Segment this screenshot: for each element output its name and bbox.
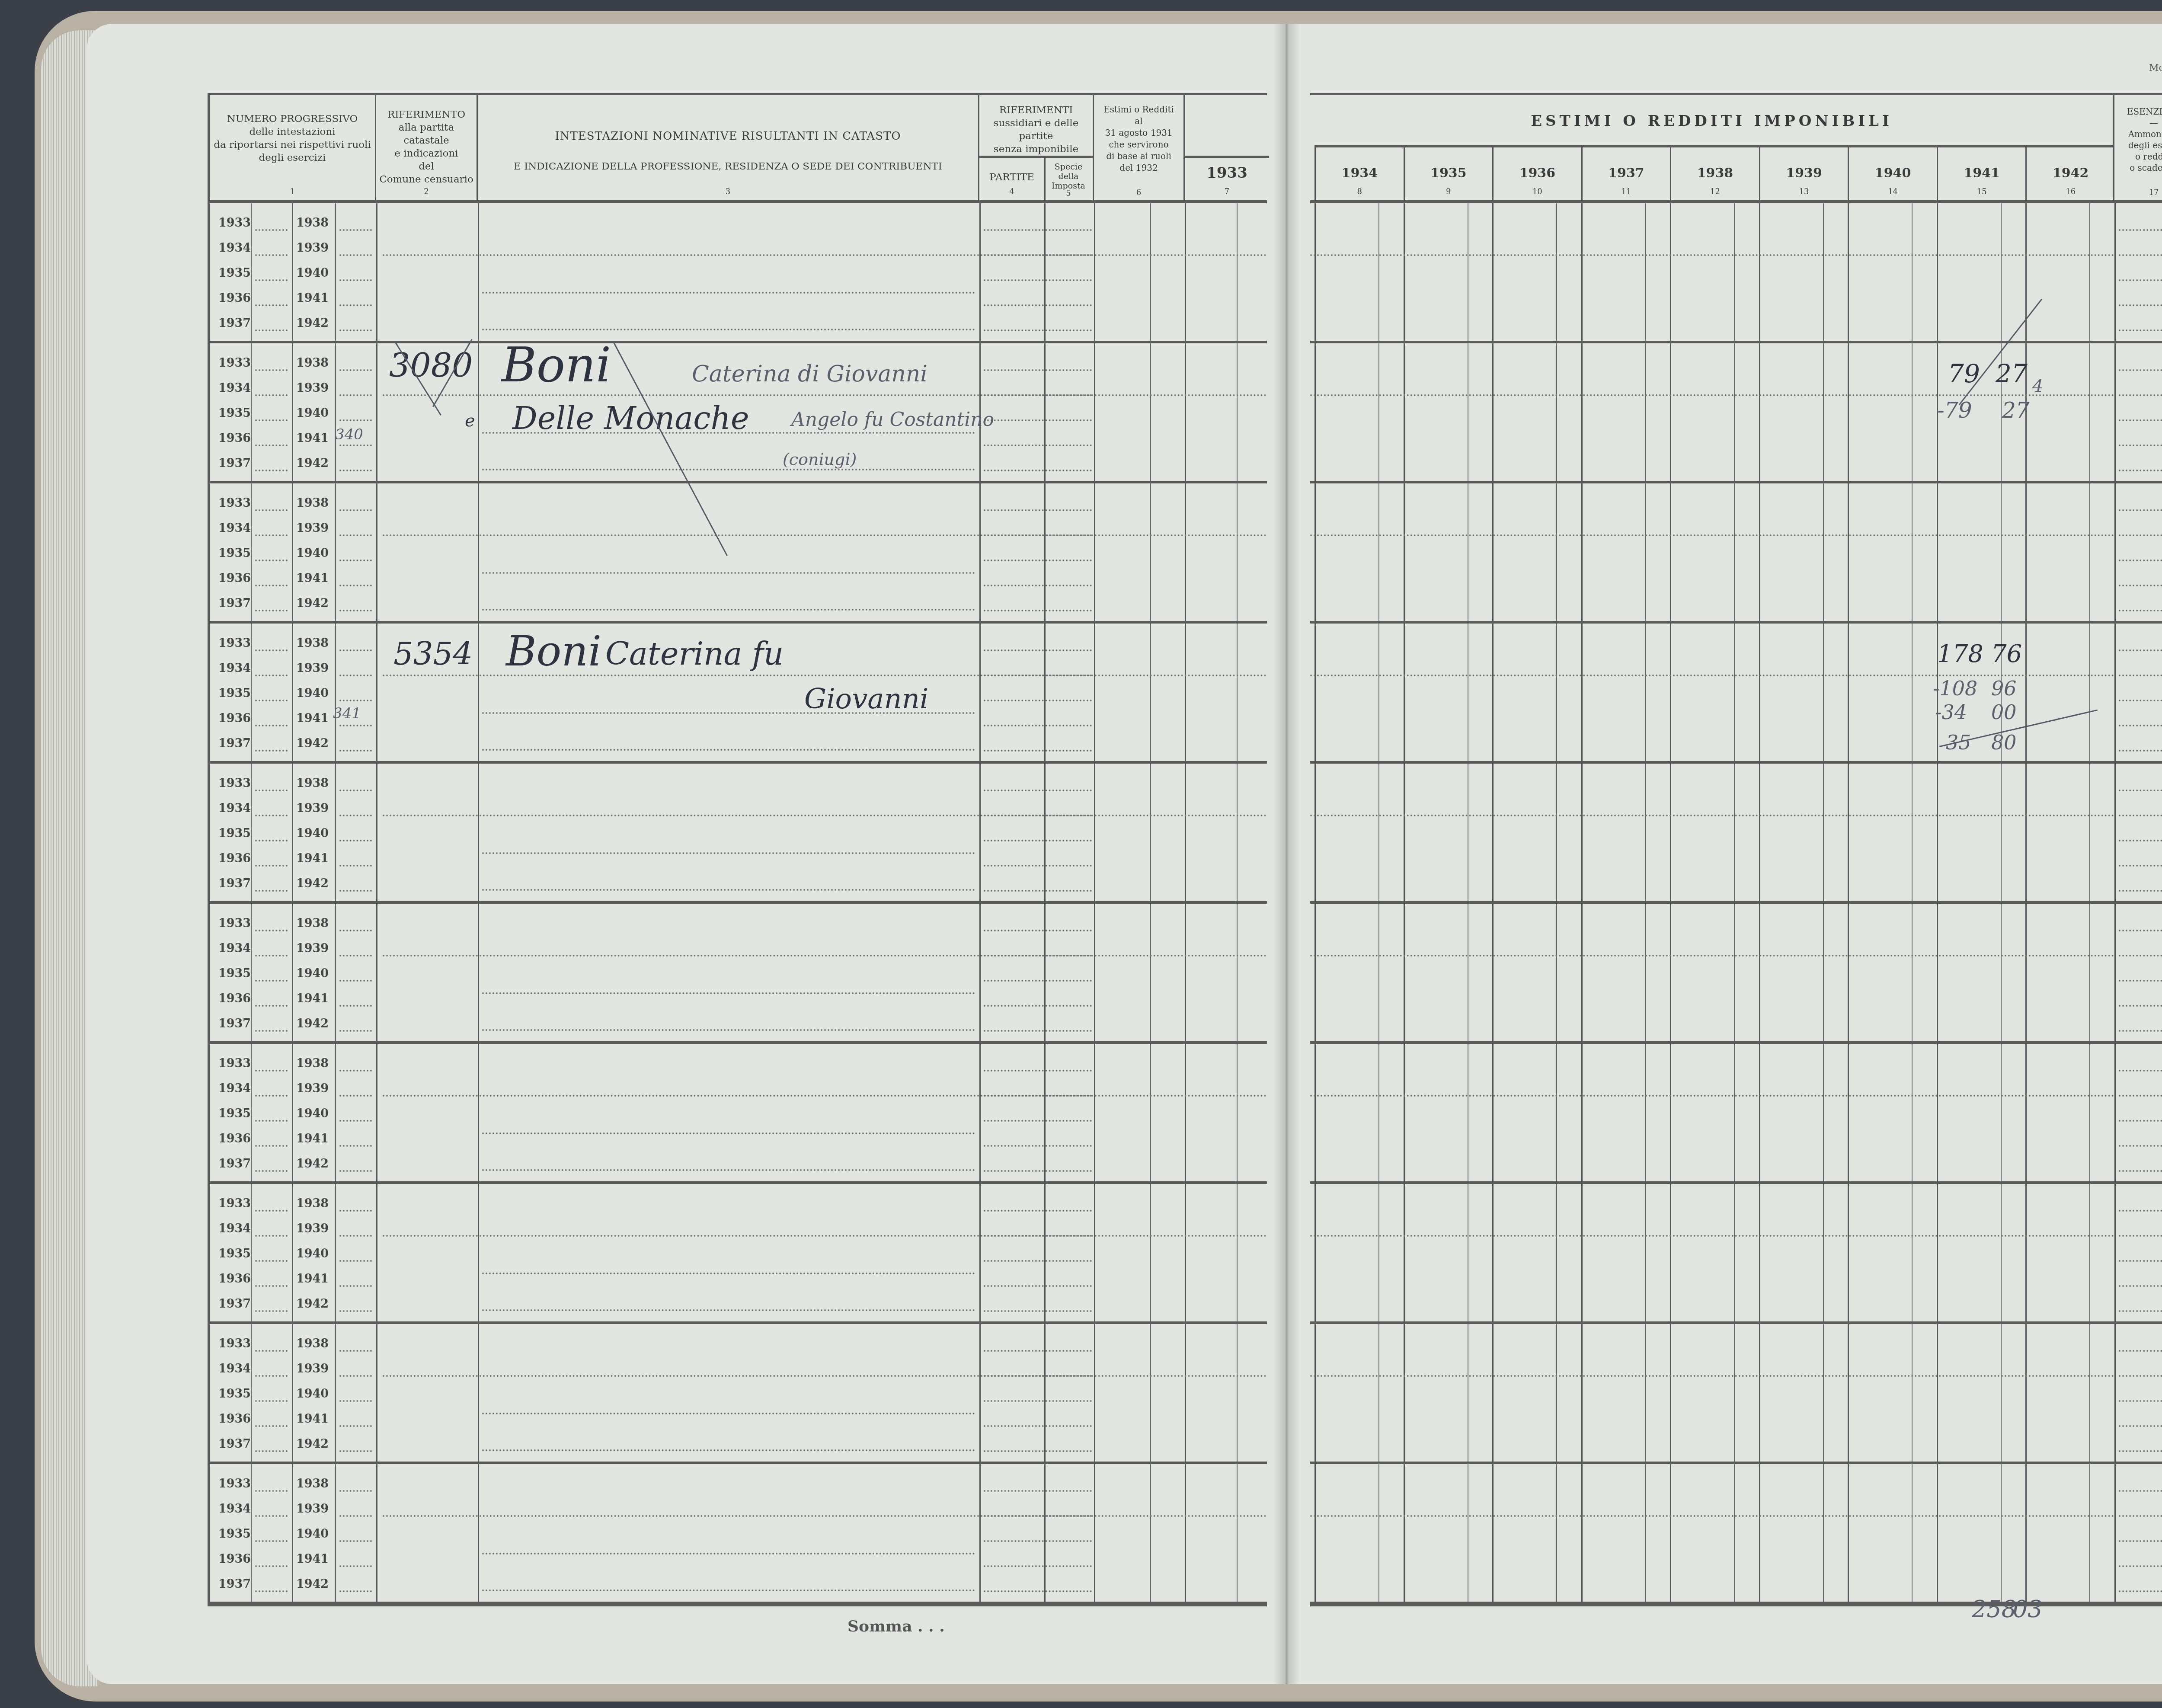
column-rule [1823, 1324, 1824, 1462]
right-row-group [1310, 904, 2162, 1044]
dotted-line [984, 725, 1092, 726]
dotted-line [482, 1413, 975, 1414]
column-rule [1759, 624, 1760, 761]
entry1-surname: Boni [502, 337, 611, 393]
year-label: 1939 [296, 802, 329, 815]
dotted-line [255, 815, 288, 816]
year-label: 1934 [218, 1222, 251, 1235]
dotted-line [339, 1310, 372, 1312]
dotted-line [984, 1260, 1092, 1262]
dotted-line [339, 1005, 372, 1007]
column-rule [1468, 343, 1468, 481]
right-table-header: ESTIMI O REDDITI IMPONIBILI 193481935919… [1310, 95, 2162, 203]
column-rule [1556, 764, 1557, 901]
header-estimi-group: ESTIMI O REDDITI IMPONIBILI 193481935919… [1310, 95, 2114, 200]
year-label: 1936 [218, 712, 251, 725]
column-rule [1468, 904, 1468, 1041]
year-col-number: 13 [1760, 186, 1848, 198]
year-label: 1937 [218, 597, 251, 610]
column-rule [1670, 764, 1671, 901]
esenzioni-line: degli estimi [2114, 140, 2162, 151]
column-rule [1734, 1184, 1735, 1321]
column-rule [1759, 203, 1760, 341]
column-rule [2001, 1184, 2002, 1321]
header-year-1942: 194216 [2025, 147, 2114, 200]
dotted-line [339, 229, 372, 231]
year-label: 1942 [296, 737, 329, 750]
dotted-line [984, 840, 1092, 841]
column-rule [1314, 1464, 1316, 1602]
left-row-group: 1933193819341939193519401936194119371942 [210, 1324, 1267, 1464]
dotted-line [984, 585, 1092, 586]
entry2-result-int: 35 [1946, 731, 1971, 754]
dotted-line [1310, 254, 2114, 256]
entry2-deduction-2-int: -34 [1935, 700, 1967, 724]
column-rule [1937, 904, 1938, 1041]
year-label: 1941 [296, 1412, 329, 1426]
column-rule [1759, 1464, 1760, 1602]
column-rule [1468, 624, 1468, 761]
column-rule [2001, 904, 2002, 1041]
column-rule [1492, 1184, 1494, 1321]
dotted-line [255, 1375, 288, 1377]
column-rule [1937, 1324, 1938, 1462]
dotted-line [2119, 750, 2162, 752]
dotted-line [984, 1590, 1092, 1592]
column-rule [1848, 203, 1849, 341]
dotted-line [2119, 1540, 2162, 1542]
col6-line: Estimi o Redditi [1094, 104, 1183, 115]
dotted-line [482, 1273, 975, 1274]
column-rule [376, 1464, 377, 1602]
dotted-line [339, 815, 372, 816]
year-col-number: 9 [1405, 186, 1493, 198]
year-label: 1937 [218, 1157, 251, 1171]
dotted-line [255, 229, 288, 231]
year-label: 1933 [218, 216, 251, 230]
dotted-line [255, 930, 288, 931]
dotted-line [339, 1540, 372, 1542]
dotted-line [339, 675, 372, 676]
dotted-line [255, 419, 288, 421]
column-rule [1404, 624, 1405, 761]
column-rule [376, 343, 377, 481]
dotted-line [482, 469, 975, 470]
year-label: 1935 [218, 406, 251, 420]
column-rule [2025, 1464, 2027, 1602]
dotted-line [255, 840, 288, 841]
dotted-line [255, 1540, 288, 1542]
column-rule [1314, 1044, 1316, 1181]
year-label: 1942 [2027, 167, 2114, 180]
dotted-line [984, 1425, 1092, 1427]
column-rule [251, 1184, 252, 1321]
dotted-line [984, 700, 1092, 701]
column-rule [1556, 1184, 1557, 1321]
year-label: 1935 [218, 687, 251, 700]
column-rule [251, 483, 252, 621]
column-rule [2114, 1464, 2116, 1602]
year-label: 1941 [296, 1272, 329, 1286]
right-row-group [1310, 764, 2162, 904]
right-table-body [1310, 203, 2162, 1604]
dotted-line [255, 369, 288, 371]
right-row-group [1310, 1324, 2162, 1464]
dotted-line [255, 445, 288, 446]
dotted-line [2119, 585, 2162, 586]
dotted-line [255, 1450, 288, 1452]
column-rule [1378, 764, 1379, 901]
dotted-line [984, 1400, 1092, 1402]
right-row-group [1310, 1044, 2162, 1184]
column-rule [292, 1464, 293, 1602]
esenzioni-line: Ammontare [2114, 128, 2162, 140]
dotted-line [255, 509, 288, 511]
dotted-line [2119, 419, 2162, 421]
year-label: 1934 [218, 381, 251, 395]
year-label: 1933 [218, 917, 251, 930]
column-rule [1556, 904, 1557, 1041]
dotted-line [482, 1449, 975, 1451]
year-label: 1933 [218, 637, 251, 650]
column-rule [2025, 1044, 2027, 1181]
column-rule [335, 1044, 336, 1181]
year-label: 1938 [296, 917, 329, 930]
column-rule [1378, 1324, 1379, 1462]
column-rule [1670, 624, 1671, 761]
col6-line: 31 agosto 1931 [1094, 127, 1183, 139]
column-rule [1556, 1324, 1557, 1462]
dotted-line [255, 1590, 288, 1592]
column-rule [1237, 764, 1238, 901]
column-rule [979, 764, 981, 901]
year-label: 1936 [218, 1552, 251, 1566]
year-label: 1941 [296, 432, 329, 445]
column-rule [1185, 764, 1186, 901]
year-label: 1940 [296, 547, 329, 560]
column-rule [376, 483, 377, 621]
dotted-line [339, 585, 372, 586]
dotted-line [255, 725, 288, 726]
column-rule [2089, 624, 2090, 761]
column-rule [1848, 1324, 1849, 1462]
dotted-line [255, 1030, 288, 1032]
column-rule [1937, 483, 1938, 621]
estimi-title: ESTIMI O REDDITI IMPONIBILI [1310, 115, 2113, 128]
year-label: 1933 [218, 496, 251, 510]
column-rule [1314, 343, 1316, 481]
column-rule [1044, 1184, 1046, 1321]
dotted-line [984, 1565, 1092, 1567]
column-rule [1185, 1324, 1186, 1462]
column-rule [1912, 1464, 1913, 1602]
column-rule [1094, 483, 1095, 621]
dotted-line [984, 1120, 1092, 1122]
column-rule [251, 624, 252, 761]
dotted-line [255, 1350, 288, 1352]
year-label: 1935 [218, 1247, 251, 1260]
dotted-line [2119, 955, 2162, 956]
column-rule [292, 1184, 293, 1321]
entry2-amount-1941-dec: 76 [1991, 640, 2022, 668]
column-rule [1150, 1464, 1151, 1602]
entry2-amount-1941-int: 178 [1937, 640, 1983, 668]
dotted-line [2119, 610, 2162, 611]
year-label: 1936 [1494, 167, 1581, 180]
year-label: 1942 [296, 317, 329, 330]
dotted-line [339, 1120, 372, 1122]
year-label: 1942 [296, 1297, 329, 1311]
column-rule [1759, 1184, 1760, 1321]
column-rule [1759, 904, 1760, 1041]
column-rule [1237, 1044, 1238, 1181]
dotted-line [984, 1070, 1092, 1071]
column-rule [1581, 1324, 1583, 1462]
column-rule [1237, 904, 1238, 1041]
dotted-line [255, 1235, 288, 1237]
column-rule [1404, 764, 1405, 901]
dotted-line [339, 329, 372, 331]
column-rule [292, 624, 293, 761]
year-label: 1933 [218, 356, 251, 370]
column-rule [1734, 904, 1735, 1041]
dotted-line [1310, 815, 2114, 816]
dotted-line [2119, 1210, 2162, 1212]
header-col1: NUMERO PROGRESSIVO delle intestazioni da… [210, 95, 376, 200]
header-year-1939: 193913 [1759, 147, 1848, 200]
column-rule [1314, 483, 1316, 621]
column-rule [1823, 483, 1824, 621]
dotted-line [339, 304, 372, 306]
dotted-line [2119, 1400, 2162, 1402]
year-label: 1938 [296, 777, 329, 790]
year-label: 1936 [218, 1412, 251, 1426]
dotted-line [383, 1375, 1267, 1377]
year-label: 1936 [218, 572, 251, 585]
year-label: 1933 [218, 1337, 251, 1350]
year-label: 1938 [296, 356, 329, 370]
year-label: 1935 [218, 1527, 251, 1541]
dotted-line [339, 560, 372, 561]
column-rule [1185, 1184, 1186, 1321]
column-rule [1492, 483, 1494, 621]
column-rule [1314, 1324, 1316, 1462]
column-rule [1150, 1044, 1151, 1181]
book-gutter [1273, 24, 1299, 1684]
column-rule [1645, 764, 1646, 901]
column-rule [251, 1324, 252, 1462]
column-rule [1185, 624, 1186, 761]
dotted-line [255, 254, 288, 256]
column-rule [478, 1324, 479, 1462]
column-rule [2025, 764, 2027, 901]
dotted-line [984, 1005, 1092, 1007]
year-label: 1937 [218, 317, 251, 330]
year-col-number: 16 [2027, 186, 2114, 198]
column-rule [1314, 764, 1316, 901]
dotted-line [2119, 980, 2162, 982]
dotted-line [2119, 1170, 2162, 1172]
column-rule [1044, 1044, 1046, 1181]
year-label: 1942 [296, 877, 329, 890]
column-rule [1044, 203, 1046, 341]
year-label: 1940 [296, 1387, 329, 1401]
dotted-line [482, 572, 975, 574]
dotted-line [482, 1590, 975, 1591]
header-col4-5: RIFERIMENTI sussidiari e delle partite s… [979, 95, 1094, 200]
column-rule [1468, 1044, 1468, 1181]
dotted-line [255, 470, 288, 471]
column-rule [1912, 904, 1913, 1041]
right-row-group [1310, 1464, 2162, 1604]
dotted-line [2119, 840, 2162, 841]
column-rule [335, 764, 336, 901]
column-rule [251, 764, 252, 901]
column-rule [292, 1324, 293, 1462]
header-col3: INTESTAZIONI NOMINATIVE RISULTANTI IN CA… [478, 95, 979, 200]
column-rule [292, 343, 293, 481]
esenzioni-number: 17 [2114, 187, 2162, 198]
year-label: 1934 [218, 1082, 251, 1095]
column-rule [2089, 343, 2090, 481]
column-rule [2089, 1184, 2090, 1321]
dotted-line [482, 1132, 975, 1134]
year-label: 1942 [296, 1157, 329, 1171]
dotted-line [482, 609, 975, 611]
column-rule [292, 904, 293, 1041]
column-rule [1150, 904, 1151, 1041]
dotted-line [1310, 394, 2114, 396]
col1-number: 1 [210, 186, 375, 198]
dotted-line [339, 254, 372, 256]
entry2-deduction-2-dec: 00 [1991, 700, 2017, 724]
column-rule [335, 343, 336, 481]
column-rule [1492, 1324, 1494, 1462]
year-label: 1937 [218, 1577, 251, 1591]
column-rule [478, 203, 479, 341]
dotted-line [984, 890, 1092, 892]
dotted-line [482, 1169, 975, 1171]
column-rule [1468, 1324, 1468, 1462]
column-rule [478, 624, 479, 761]
column-rule [2089, 1324, 2090, 1462]
header-col6: Estimi o Redditi al 31 agosto 1931 che s… [1094, 95, 1185, 200]
dotted-line [255, 1400, 288, 1402]
dotted-line [482, 889, 975, 891]
column-rule [1556, 483, 1557, 621]
column-rule [1378, 203, 1379, 341]
column-rule [1314, 1184, 1316, 1321]
column-rule [1237, 1464, 1238, 1602]
year-label: 1936 [218, 852, 251, 865]
column-rule [1492, 904, 1494, 1041]
dotted-line [255, 610, 288, 611]
dotted-line [339, 649, 372, 651]
entry1-line3: (coniugi) [783, 450, 857, 469]
year-col-number: 10 [1494, 186, 1581, 198]
year-label: 1939 [296, 662, 329, 675]
dotted-line [2119, 560, 2162, 561]
column-rule [1848, 343, 1849, 481]
column-rule [1848, 904, 1849, 1041]
year-label: 1940 [296, 1107, 329, 1120]
column-rule [1378, 1464, 1379, 1602]
dotted-line [339, 1425, 372, 1427]
column-rule [478, 1044, 479, 1181]
dotted-line [383, 1095, 1267, 1097]
year-label: 1933 [218, 1057, 251, 1070]
column-rule [1645, 624, 1646, 761]
dotted-line [2119, 815, 2162, 816]
year-label: 1939 [296, 1502, 329, 1516]
column-rule [1937, 203, 1938, 341]
dotted-line [2119, 1310, 2162, 1312]
column-rule [1044, 904, 1046, 1041]
left-row-group: 1933193819341939193519401936194119371942 [210, 1464, 1267, 1604]
column-rule [1734, 764, 1735, 901]
column-rule [1468, 1184, 1468, 1321]
year-label: 1935 [218, 967, 251, 980]
column-rule [1404, 203, 1405, 341]
dotted-line [482, 852, 975, 854]
entry1-amount-1941-adj-dec: 27 [2002, 398, 2030, 423]
right-row-group [1310, 1184, 2162, 1324]
year-label: 1939 [1760, 167, 1848, 180]
column-rule [1556, 203, 1557, 341]
dotted-line [255, 279, 288, 281]
dotted-line [255, 304, 288, 306]
year-label: 1942 [296, 1437, 329, 1451]
year-label: 1937 [218, 457, 251, 470]
column-rule [2089, 203, 2090, 341]
column-rule [1670, 1464, 1671, 1602]
header-year-1934: 19348 [1314, 147, 1404, 200]
column-rule [1468, 764, 1468, 901]
dotted-line [1310, 1235, 2114, 1237]
column-rule [1823, 1464, 1824, 1602]
dotted-line [383, 955, 1267, 956]
dotted-line [255, 1490, 288, 1492]
entry1-surname2: Delle Monache [512, 400, 749, 436]
entry1-amount-1941-dec: 27 [1996, 359, 2028, 388]
dotted-line [383, 534, 1267, 536]
column-rule [1759, 483, 1760, 621]
col2-title: RIFERIMENTO [376, 108, 477, 121]
column-rule [1185, 1464, 1186, 1602]
col6-line: di base ai ruoli [1094, 150, 1183, 162]
right-row-group [1310, 203, 2162, 343]
header-year-1940: 194014 [1848, 147, 1937, 200]
column-rule [292, 1044, 293, 1181]
year-label: 1939 [296, 1082, 329, 1095]
year-label: 1939 [296, 241, 329, 255]
col4-label: PARTITE [979, 171, 1044, 184]
year-label: 1941 [296, 1552, 329, 1566]
column-rule [1044, 483, 1046, 621]
column-rule [1912, 764, 1913, 901]
column-rule [1823, 203, 1824, 341]
col2-line: del [376, 160, 477, 173]
year-label: 1938 [296, 637, 329, 650]
header-col5: Specie della Imposta 5 [1044, 158, 1093, 200]
right-row-group [1310, 483, 2162, 624]
year-label: 1938 [296, 1337, 329, 1350]
year-label: 1942 [296, 597, 329, 610]
column-rule [2025, 904, 2027, 1041]
column-rule [1912, 483, 1913, 621]
dotted-line [339, 1490, 372, 1492]
column-rule [1581, 1044, 1583, 1181]
